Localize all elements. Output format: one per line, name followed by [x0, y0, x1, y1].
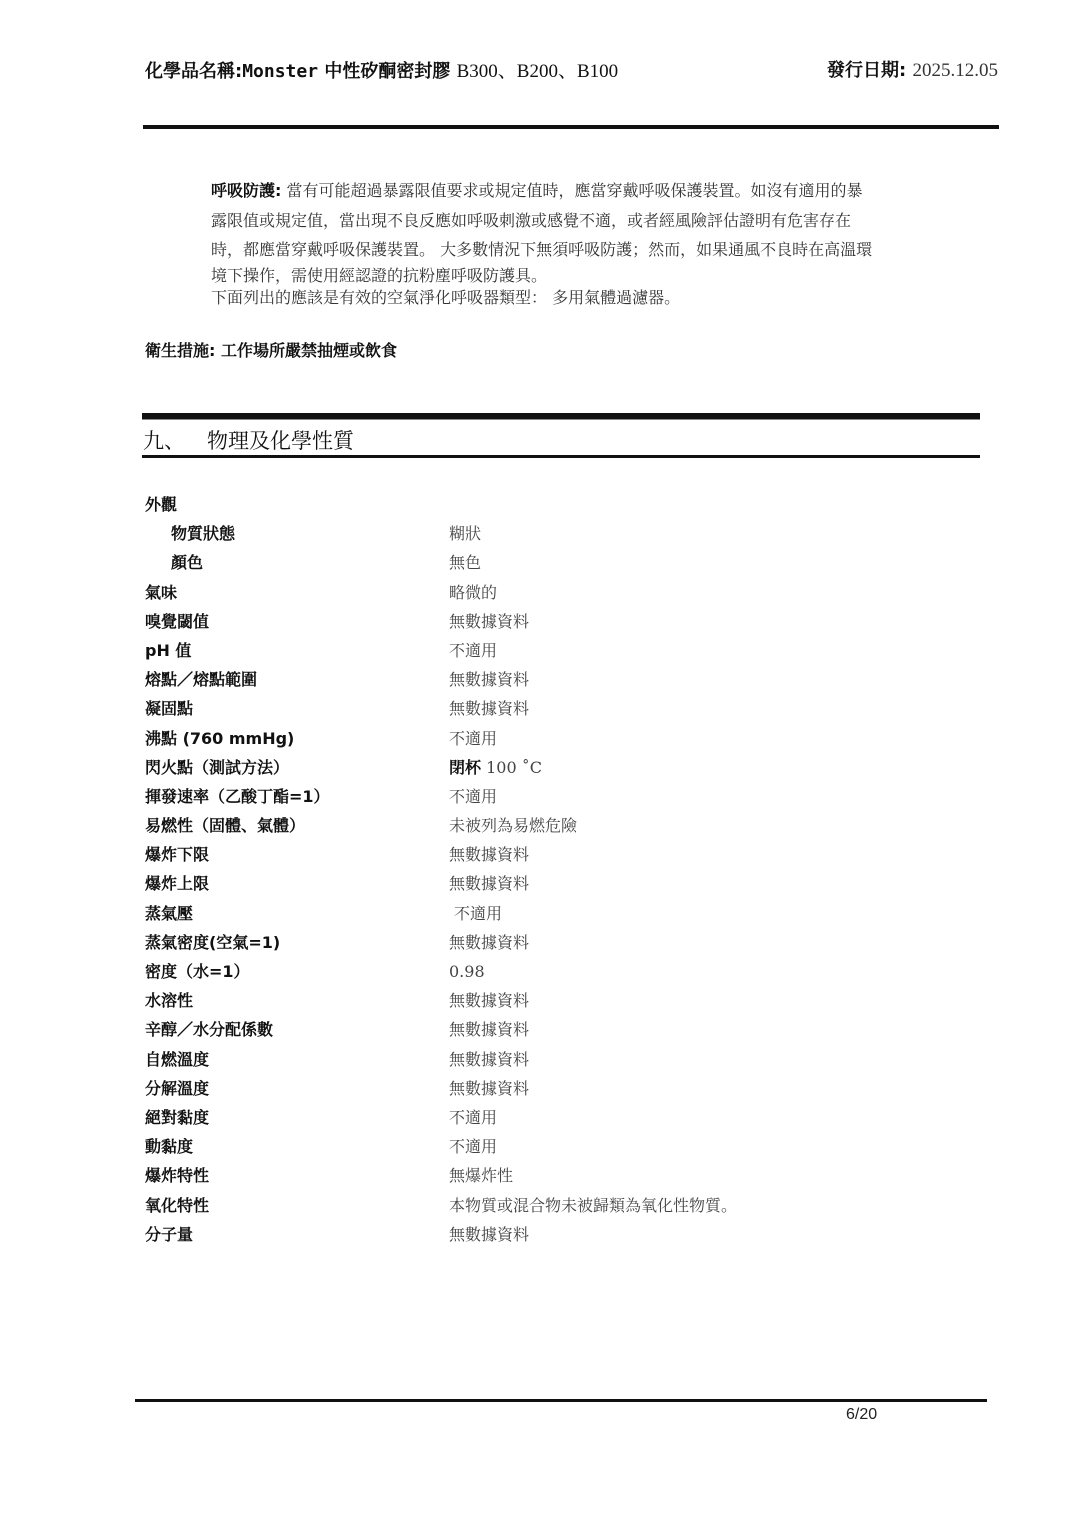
property-key: 嗅覺閾值	[145, 607, 209, 636]
property-row: 凝固點無數據資料	[145, 694, 945, 723]
property-row: 分子量無數據資料	[145, 1220, 945, 1249]
property-row: 蒸氣壓不適用	[145, 899, 945, 928]
respiratory-protection-paragraph: 呼吸防護: 當有可能超過暴露限值要求或規定值時，應當穿戴呼吸保護裝置。如沒有適用…	[211, 176, 991, 309]
property-row: 動黏度不適用	[145, 1132, 945, 1161]
property-value: 不適用	[449, 636, 497, 665]
property-key: 絕對黏度	[145, 1103, 209, 1132]
resp-line-4: 境下操作，需使用經認證的抗粉塵呼吸防護具。	[211, 265, 991, 287]
property-key: 易燃性（固體、氣體）	[145, 811, 305, 840]
property-row: 氧化特性本物質或混合物未被歸類為氧化性物質。	[145, 1191, 945, 1220]
property-key: 動黏度	[145, 1132, 193, 1161]
property-value: 無數據資料	[449, 1045, 529, 1074]
property-row: 顏色無色	[145, 548, 945, 577]
property-row: 外觀	[145, 490, 945, 519]
property-value: 無數據資料	[449, 986, 529, 1015]
property-row: 自燃溫度無數據資料	[145, 1045, 945, 1074]
property-key: 氣味	[145, 578, 177, 607]
product-name: 中性矽酮密封膠	[324, 61, 450, 82]
property-value: 不適用	[449, 724, 497, 753]
property-key: 爆炸特性	[145, 1161, 209, 1190]
property-row: 易燃性（固體、氣體）未被列為易燃危險	[145, 811, 945, 840]
property-row: 爆炸特性無爆炸性	[145, 1161, 945, 1190]
property-row: 熔點／熔點範圍無數據資料	[145, 665, 945, 694]
page-number: 6/20	[846, 1406, 877, 1424]
property-key: 辛醇／水分配係數	[145, 1015, 273, 1044]
property-row: 氣味略微的	[145, 578, 945, 607]
property-key: 沸點 (760 mmHg)	[145, 724, 294, 753]
property-key: 密度（水=1）	[145, 957, 250, 986]
property-value: 無數據資料	[449, 928, 529, 957]
flash-point-temp: 100 ˚C	[481, 758, 542, 777]
property-value: 未被列為易燃危險	[449, 811, 577, 840]
property-key: 分子量	[145, 1220, 193, 1249]
property-value: 無數據資料	[449, 694, 529, 723]
property-row: 密度（水=1）0.98	[145, 957, 945, 986]
property-key: 水溶性	[145, 986, 193, 1015]
property-value: 無爆炸性	[449, 1161, 513, 1190]
section-top-rule	[142, 413, 980, 420]
product-brand: Monster	[242, 61, 318, 82]
section-heading: 九、物理及化學性質	[143, 425, 354, 455]
property-value: 無數據資料	[449, 840, 529, 869]
respiratory-label: 呼吸防護:	[211, 181, 281, 200]
property-row: 物質狀態糊狀	[145, 519, 945, 548]
property-key: 氧化特性	[145, 1191, 209, 1220]
section-title: 物理及化學性質	[207, 429, 354, 453]
section-bottom-rule	[142, 455, 980, 458]
property-key: 熔點／熔點範圍	[145, 665, 257, 694]
product-label: 化學品名稱:	[145, 61, 242, 82]
resp-line-2: 露限值或規定值，當出現不良反應如呼吸刺激或感覺不適，或者經風險評估證明有危害存在	[211, 206, 991, 236]
flash-point-method: 閉杯	[449, 758, 481, 777]
property-key: 外觀	[145, 490, 177, 519]
property-key: 自燃溫度	[145, 1045, 209, 1074]
hygiene-measures: 衛生措施: 工作場所嚴禁抽煙或飲食	[145, 338, 397, 361]
footer-divider	[135, 1399, 987, 1402]
property-row: 絕對黏度不適用	[145, 1103, 945, 1132]
property-value: 不適用	[449, 1103, 497, 1132]
property-key: 分解溫度	[145, 1074, 209, 1103]
property-row: 爆炸下限無數據資料	[145, 840, 945, 869]
property-value: 無數據資料	[449, 1220, 529, 1249]
property-value: 閉杯 100 ˚C	[449, 753, 542, 782]
property-key: 蒸氣密度(空氣=1)	[145, 928, 280, 957]
property-value: 糊狀	[449, 519, 481, 548]
resp-line-5: 下面列出的應該是有效的空氣淨化呼吸器類型： 多用氣體過濾器。	[211, 287, 991, 309]
property-row: pH 值不適用	[145, 636, 945, 665]
header-divider	[143, 125, 999, 129]
property-row: 分解溫度無數據資料	[145, 1074, 945, 1103]
resp-line-3: 時，都應當穿戴呼吸保護裝置。 大多數情況下無須呼吸防護；然而，如果通風不良時在高…	[211, 235, 991, 265]
property-row: 閃火點（測試方法）閉杯 100 ˚C	[145, 753, 945, 782]
property-value: 無數據資料	[449, 1015, 529, 1044]
document-header-product: 化學品名稱:Monster 中性矽酮密封膠 B300、B200、B100	[145, 56, 618, 83]
property-row: 爆炸上限無數據資料	[145, 869, 945, 898]
date-value: 2025.12.05	[913, 60, 999, 81]
property-key: 蒸氣壓	[145, 899, 193, 928]
property-row: 沸點 (760 mmHg)不適用	[145, 724, 945, 753]
property-row: 揮發速率（乙酸丁酯=1）不適用	[145, 782, 945, 811]
property-key: pH 值	[145, 636, 191, 665]
property-key: 顏色	[171, 548, 203, 577]
property-row: 辛醇／水分配係數無數據資料	[145, 1015, 945, 1044]
property-value: 本物質或混合物未被歸類為氧化性物質。	[449, 1191, 737, 1220]
property-row: 嗅覺閾值無數據資料	[145, 607, 945, 636]
property-row: 水溶性無數據資料	[145, 986, 945, 1015]
product-models: B300、B200、B100	[457, 61, 619, 82]
property-value: 無數據資料	[449, 607, 529, 636]
property-value: 0.98	[449, 957, 485, 986]
property-value: 無數據資料	[449, 869, 529, 898]
date-label: 發行日期:	[827, 60, 906, 81]
property-key: 凝固點	[145, 694, 193, 723]
property-value: 無數據資料	[449, 665, 529, 694]
property-key: 爆炸下限	[145, 840, 209, 869]
property-value: 無數據資料	[449, 1074, 529, 1103]
properties-list: 外觀 物質狀態糊狀 顏色無色 氣味略微的 嗅覺閾值無數據資料 pH 值不適用 熔…	[145, 490, 945, 1249]
property-value: 無色	[449, 548, 481, 577]
property-row: 蒸氣密度(空氣=1)無數據資料	[145, 928, 945, 957]
property-value: 略微的	[449, 578, 497, 607]
property-value: 不適用	[449, 1132, 497, 1161]
property-key: 閃火點（測試方法）	[145, 753, 289, 782]
section-number: 九、	[143, 429, 185, 453]
property-value: 不適用	[449, 782, 497, 811]
property-key: 揮發速率（乙酸丁酯=1）	[145, 782, 330, 811]
property-value: 不適用	[454, 899, 502, 928]
property-key: 爆炸上限	[145, 869, 209, 898]
document-header-date: 發行日期: 2025.12.05	[827, 56, 998, 82]
property-key: 物質狀態	[171, 519, 235, 548]
resp-line-1: 呼吸防護: 當有可能超過暴露限值要求或規定值時，應當穿戴呼吸保護裝置。如沒有適用…	[211, 176, 991, 206]
